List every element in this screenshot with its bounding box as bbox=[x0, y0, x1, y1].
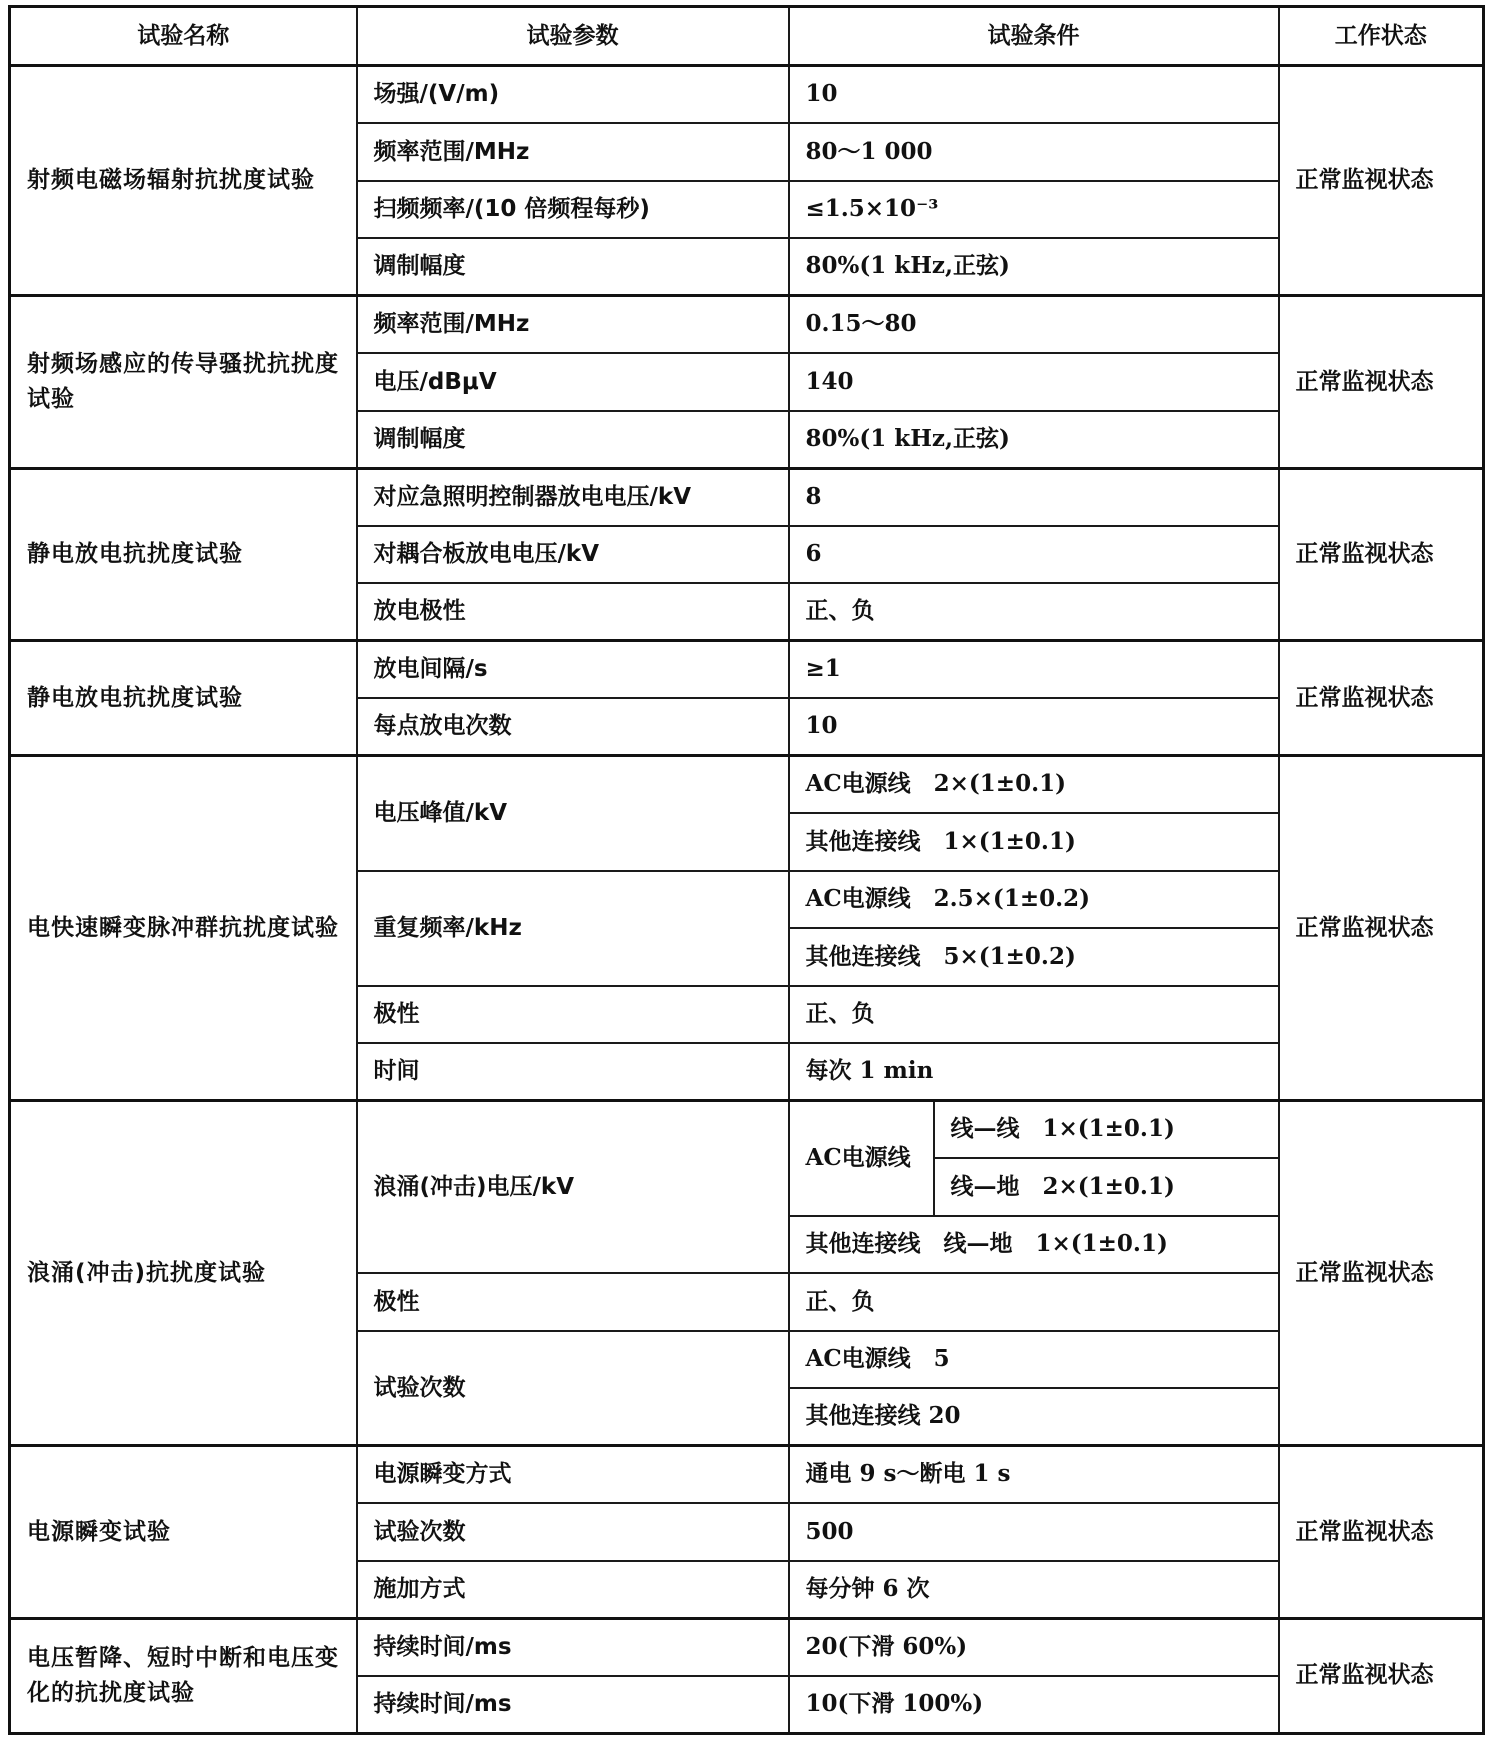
test-condition: 10 bbox=[789, 66, 1279, 124]
test-condition: 线—地 2×(1±0.1) bbox=[934, 1158, 1279, 1216]
test-condition: 6 bbox=[789, 526, 1279, 584]
work-state: 正常监视状态 bbox=[1279, 1101, 1484, 1446]
test-name: 射频电磁场辐射抗扰度试验 bbox=[10, 66, 357, 296]
test-param: 时间 bbox=[357, 1043, 789, 1101]
test-condition: 每次 1 min bbox=[789, 1043, 1279, 1101]
work-state: 正常监视状态 bbox=[1279, 1446, 1484, 1619]
test-param: 频率范围/MHz bbox=[357, 296, 789, 354]
table-row: 静电放电抗扰度试验 放电间隔/s ≥1 正常监视状态 bbox=[10, 641, 1484, 699]
test-param: 电压/dBμV bbox=[357, 353, 789, 411]
header-test-name: 试验名称 bbox=[10, 7, 357, 66]
test-condition: 正、负 bbox=[789, 1273, 1279, 1331]
group-esd-2: 静电放电抗扰度试验 放电间隔/s ≥1 正常监视状态 每点放电次数 10 bbox=[10, 641, 1484, 756]
header-test-condition: 试验条件 bbox=[789, 7, 1279, 66]
test-param: 扫频频率/(10 倍频程每秒) bbox=[357, 181, 789, 239]
test-param: 调制幅度 bbox=[357, 238, 789, 296]
test-name: 射频场感应的传导骚扰抗扰度试验 bbox=[10, 296, 357, 469]
test-param: 电源瞬变方式 bbox=[357, 1446, 789, 1504]
group-power-transient: 电源瞬变试验 电源瞬变方式 通电 9 s～断电 1 s 正常监视状态 试验次数 … bbox=[10, 1446, 1484, 1619]
group-rf-radiated: 射频电磁场辐射抗扰度试验 场强/(V/m) 10 正常监视状态 频率范围/MHz… bbox=[10, 66, 1484, 296]
test-param: 持续时间/ms bbox=[357, 1676, 789, 1734]
test-condition: 500 bbox=[789, 1503, 1279, 1561]
test-condition: 每分钟 6 次 bbox=[789, 1561, 1279, 1619]
test-name: 电压暂降、短时中断和电压变化的抗扰度试验 bbox=[10, 1618, 357, 1733]
table-row: 电源瞬变试验 电源瞬变方式 通电 9 s～断电 1 s 正常监视状态 bbox=[10, 1446, 1484, 1504]
test-param: 极性 bbox=[357, 986, 789, 1044]
test-condition: 10(下滑 100%) bbox=[789, 1676, 1279, 1734]
test-condition: 正、负 bbox=[789, 583, 1279, 641]
test-param: 电压峰值/kV bbox=[357, 756, 789, 871]
test-condition: 正、负 bbox=[789, 986, 1279, 1044]
work-state: 正常监视状态 bbox=[1279, 296, 1484, 469]
test-condition: 140 bbox=[789, 353, 1279, 411]
group-rf-conducted: 射频场感应的传导骚扰抗扰度试验 频率范围/MHz 0.15～80 正常监视状态 … bbox=[10, 296, 1484, 469]
work-state: 正常监视状态 bbox=[1279, 641, 1484, 756]
test-param: 施加方式 bbox=[357, 1561, 789, 1619]
test-condition-sub-label: AC电源线 bbox=[789, 1101, 934, 1216]
work-state: 正常监视状态 bbox=[1279, 66, 1484, 296]
test-param: 放电极性 bbox=[357, 583, 789, 641]
work-state: 正常监视状态 bbox=[1279, 1618, 1484, 1733]
test-condition: AC电源线 2×(1±0.1) bbox=[789, 756, 1279, 814]
test-name: 浪涌(冲击)抗扰度试验 bbox=[10, 1101, 357, 1446]
test-condition: 其他连接线 5×(1±0.2) bbox=[789, 928, 1279, 986]
table-row: 浪涌(冲击)抗扰度试验 浪涌(冲击)电压/kV AC电源线 线—线 1×(1±0… bbox=[10, 1101, 1484, 1159]
test-param: 场强/(V/m) bbox=[357, 66, 789, 124]
table-row: 射频电磁场辐射抗扰度试验 场强/(V/m) 10 正常监视状态 bbox=[10, 66, 1484, 124]
test-condition: 10 bbox=[789, 698, 1279, 756]
test-param: 极性 bbox=[357, 1273, 789, 1331]
test-spec-table: 试验名称 试验参数 试验条件 工作状态 射频电磁场辐射抗扰度试验 场强/(V/m… bbox=[8, 5, 1485, 1735]
test-condition: 通电 9 s～断电 1 s bbox=[789, 1446, 1279, 1504]
test-condition: 8 bbox=[789, 468, 1279, 526]
table-row: 静电放电抗扰度试验 对应急照明控制器放电电压/kV 8 正常监视状态 bbox=[10, 468, 1484, 526]
test-name: 电源瞬变试验 bbox=[10, 1446, 357, 1619]
group-eft-burst: 电快速瞬变脉冲群抗扰度试验 电压峰值/kV AC电源线 2×(1±0.1) 正常… bbox=[10, 756, 1484, 1101]
test-param: 试验次数 bbox=[357, 1331, 789, 1446]
header-row: 试验名称 试验参数 试验条件 工作状态 bbox=[10, 7, 1484, 66]
header-test-param: 试验参数 bbox=[357, 7, 789, 66]
test-condition: 线—线 1×(1±0.1) bbox=[934, 1101, 1279, 1159]
work-state: 正常监视状态 bbox=[1279, 468, 1484, 641]
test-condition: 80%(1 kHz,正弦) bbox=[789, 238, 1279, 296]
test-condition: 80～1 000 bbox=[789, 123, 1279, 181]
test-param: 试验次数 bbox=[357, 1503, 789, 1561]
group-surge: 浪涌(冲击)抗扰度试验 浪涌(冲击)电压/kV AC电源线 线—线 1×(1±0… bbox=[10, 1101, 1484, 1446]
test-param: 调制幅度 bbox=[357, 411, 789, 469]
test-condition: 0.15～80 bbox=[789, 296, 1279, 354]
header-work-state: 工作状态 bbox=[1279, 7, 1484, 66]
test-name: 电快速瞬变脉冲群抗扰度试验 bbox=[10, 756, 357, 1101]
table-row: 射频场感应的传导骚扰抗扰度试验 频率范围/MHz 0.15～80 正常监视状态 bbox=[10, 296, 1484, 354]
work-state: 正常监视状态 bbox=[1279, 756, 1484, 1101]
test-condition: 其他连接线 线—地 1×(1±0.1) bbox=[789, 1216, 1279, 1274]
test-param: 放电间隔/s bbox=[357, 641, 789, 699]
group-voltage-dips: 电压暂降、短时中断和电压变化的抗扰度试验 持续时间/ms 20(下滑 60%) … bbox=[10, 1618, 1484, 1733]
test-condition: 其他连接线 1×(1±0.1) bbox=[789, 813, 1279, 871]
test-name: 静电放电抗扰度试验 bbox=[10, 641, 357, 756]
group-esd-1: 静电放电抗扰度试验 对应急照明控制器放电电压/kV 8 正常监视状态 对耦合板放… bbox=[10, 468, 1484, 641]
test-condition: ≥1 bbox=[789, 641, 1279, 699]
test-condition: ≤1.5×10⁻³ bbox=[789, 181, 1279, 239]
test-param: 对耦合板放电电压/kV bbox=[357, 526, 789, 584]
test-param: 持续时间/ms bbox=[357, 1618, 789, 1676]
test-condition: 20(下滑 60%) bbox=[789, 1618, 1279, 1676]
test-condition: 80%(1 kHz,正弦) bbox=[789, 411, 1279, 469]
test-condition: AC电源线 2.5×(1±0.2) bbox=[789, 871, 1279, 929]
table-row: 电快速瞬变脉冲群抗扰度试验 电压峰值/kV AC电源线 2×(1±0.1) 正常… bbox=[10, 756, 1484, 814]
test-param: 对应急照明控制器放电电压/kV bbox=[357, 468, 789, 526]
test-name: 静电放电抗扰度试验 bbox=[10, 468, 357, 641]
test-param: 浪涌(冲击)电压/kV bbox=[357, 1101, 789, 1274]
test-param: 重复频率/kHz bbox=[357, 871, 789, 986]
test-param: 每点放电次数 bbox=[357, 698, 789, 756]
test-condition: 其他连接线 20 bbox=[789, 1388, 1279, 1446]
test-condition: AC电源线 5 bbox=[789, 1331, 1279, 1389]
test-param: 频率范围/MHz bbox=[357, 123, 789, 181]
table-row: 电压暂降、短时中断和电压变化的抗扰度试验 持续时间/ms 20(下滑 60%) … bbox=[10, 1618, 1484, 1676]
